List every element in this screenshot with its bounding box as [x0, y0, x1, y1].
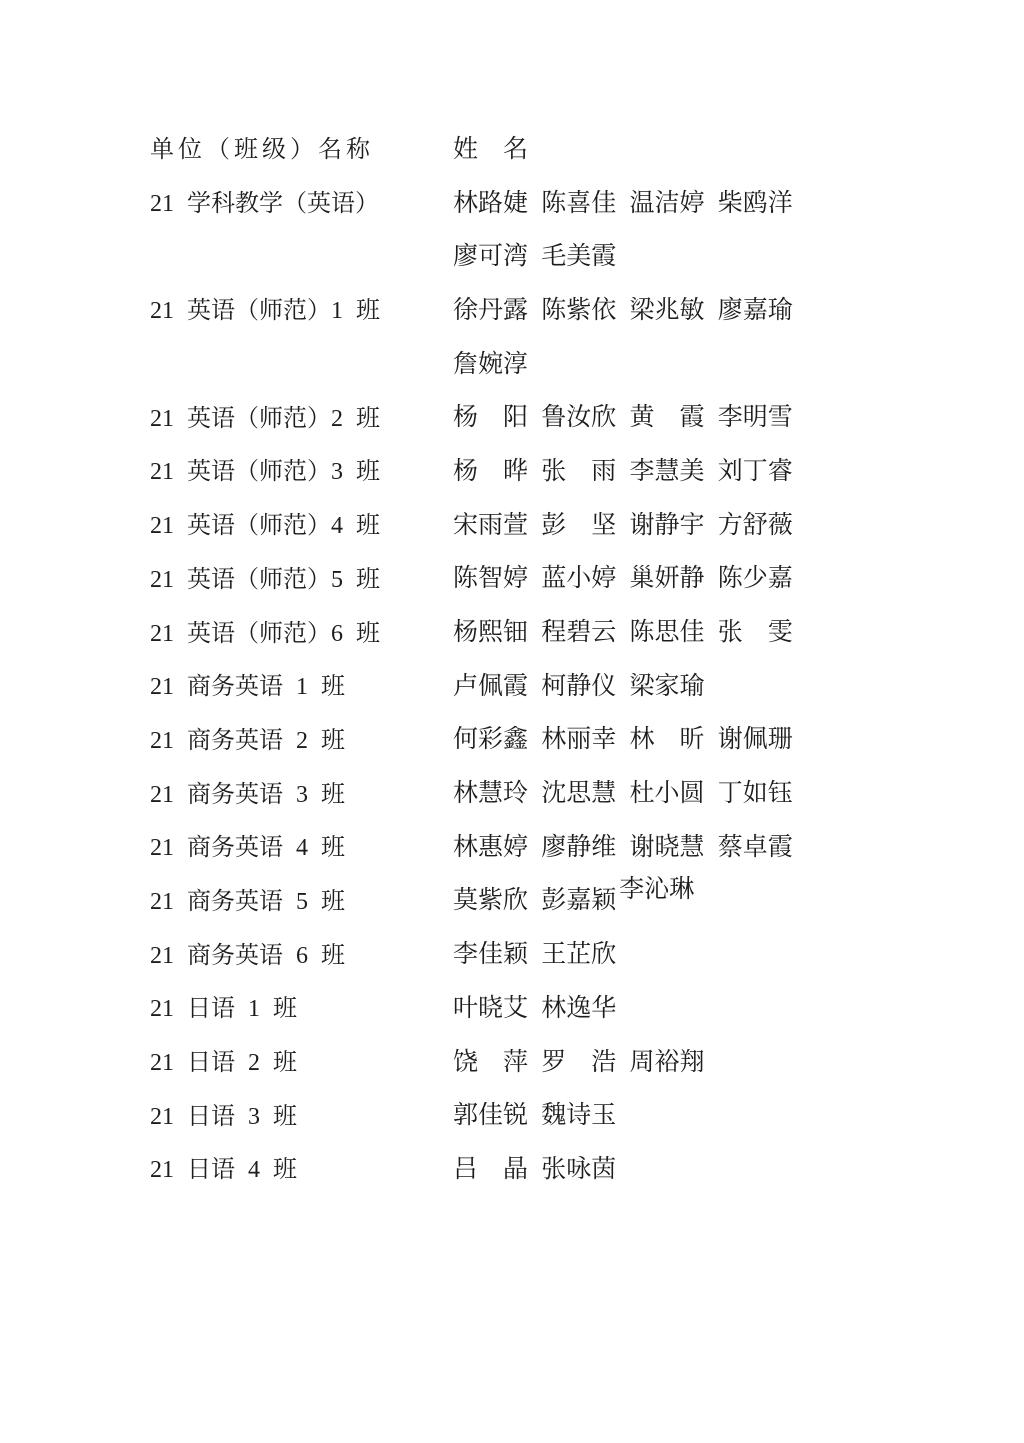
document-page: 单位（班级）名称 姓 名 21 学科教学（英语）林路婕 陈喜佳 温洁婷 柴鸥洋廖… — [0, 0, 1024, 1443]
names-cell: 杨 阳 鲁汝欣 黄 霞 李明雪 — [453, 397, 793, 433]
unit-cell: 21 英语（师范）6 班 — [150, 613, 453, 648]
table-row: 21 英语（师范）1 班徐丹露 陈紫依 梁兆敏 廖嘉瑜 — [150, 281, 793, 335]
names-text: 杨熙钿 程碧云 陈思佳 张 雯 — [453, 619, 793, 646]
unit-cell: 21 日语 1 班 — [150, 988, 453, 1023]
names-text: 莫紫欣 彭嘉颖 — [453, 887, 616, 914]
names-cell: 宋雨萱 彭 坚 谢静宇 方舒薇 — [453, 505, 793, 541]
names-cell: 杨熙钿 程碧云 陈思佳 张 雯 — [453, 612, 793, 648]
header-name-column: 姓 名 — [453, 129, 528, 165]
unit-cell: 21 商务英语 3 班 — [150, 774, 453, 809]
names-cell: 林慧玲 沈思慧 杜小圆 丁如钰 — [453, 773, 793, 809]
table-row: 21 英语（师范）6 班杨熙钿 程碧云 陈思佳 张 雯 — [150, 603, 793, 657]
names-cell: 叶晓艾 林逸华 — [453, 988, 616, 1024]
table-row: 21 商务英语 6 班李佳颖 王芷欣 — [150, 925, 793, 979]
table-row: 21 商务英语 1 班卢佩霞 柯静仪 梁家瑜 — [150, 657, 793, 711]
names-cell: 郭佳锐 魏诗玉 — [453, 1095, 616, 1131]
table-row: 21 英语（师范）4 班宋雨萱 彭 坚 谢静宇 方舒薇 — [150, 496, 793, 550]
unit-cell: 21 商务英语 5 班 — [150, 881, 453, 916]
table-row: 21 英语（师范）5 班陈智婷 蓝小婷 巢妍静 陈少嘉 — [150, 550, 793, 604]
unit-cell: 21 学科教学（英语） — [150, 183, 453, 218]
table-row: 詹婉淳 — [150, 335, 793, 389]
names-text: 林惠婷 廖静维 谢晓慧 蔡卓霞 — [453, 834, 793, 861]
unit-cell: 21 商务英语 6 班 — [150, 935, 453, 970]
names-text: 陈智婷 蓝小婷 巢妍静 陈少嘉 — [453, 565, 793, 592]
names-cell: 李佳颖 王芷欣 — [453, 934, 616, 970]
names-text: 廖可湾 毛美霞 — [453, 243, 616, 270]
table-row: 廖可湾 毛美霞 — [150, 227, 793, 281]
names-text: 郭佳锐 魏诗玉 — [453, 1102, 616, 1129]
names-text: 吕 晶 张咏茵 — [453, 1156, 616, 1183]
table-row: 21 英语（师范）2 班杨 阳 鲁汝欣 黄 霞 李明雪 — [150, 388, 793, 442]
names-cell: 卢佩霞 柯静仪 梁家瑜 — [453, 666, 705, 702]
unit-cell: 21 日语 2 班 — [150, 1042, 453, 1077]
unit-cell: 21 商务英语 1 班 — [150, 666, 453, 701]
table-row: 21 日语 4 班吕 晶 张咏茵 — [150, 1140, 793, 1194]
unit-cell: 21 英语（师范）3 班 — [150, 451, 453, 486]
unit-cell: 21 商务英语 4 班 — [150, 827, 453, 862]
table-row: 21 商务英语 2 班何彩鑫 林丽幸 林 昕 谢佩珊 — [150, 711, 793, 765]
names-cell: 莫紫欣 彭嘉颖李沁琳 — [453, 880, 694, 916]
names-cell: 詹婉淳 — [453, 344, 528, 380]
raised-name: 李沁琳 — [619, 876, 694, 903]
names-text: 詹婉淳 — [453, 351, 528, 378]
names-text: 宋雨萱 彭 坚 谢静宇 方舒薇 — [453, 512, 793, 539]
names-cell: 杨 晔 张 雨 李慧美 刘丁睿 — [453, 451, 793, 487]
table-row: 21 日语 2 班饶 萍 罗 浩 周裕翔 — [150, 1033, 793, 1087]
roster-table: 单位（班级）名称 姓 名 21 学科教学（英语）林路婕 陈喜佳 温洁婷 柴鸥洋廖… — [150, 120, 793, 1194]
unit-cell: 21 英语（师范）4 班 — [150, 505, 453, 540]
names-text: 叶晓艾 林逸华 — [453, 995, 616, 1022]
names-text: 饶 萍 罗 浩 周裕翔 — [453, 1049, 705, 1076]
unit-cell: 21 商务英语 2 班 — [150, 720, 453, 755]
names-text: 林路婕 陈喜佳 温洁婷 柴鸥洋 — [453, 190, 793, 217]
names-cell: 林路婕 陈喜佳 温洁婷 柴鸥洋 — [453, 183, 793, 219]
names-cell: 林惠婷 廖静维 谢晓慧 蔡卓霞 — [453, 827, 793, 863]
names-text: 李佳颖 王芷欣 — [453, 941, 616, 968]
unit-cell: 21 日语 3 班 — [150, 1096, 453, 1131]
names-text: 杨 晔 张 雨 李慧美 刘丁睿 — [453, 458, 793, 485]
names-text: 何彩鑫 林丽幸 林 昕 谢佩珊 — [453, 726, 793, 753]
table-row: 21 学科教学（英语）林路婕 陈喜佳 温洁婷 柴鸥洋 — [150, 174, 793, 228]
unit-cell: 21 英语（师范）2 班 — [150, 398, 453, 433]
table-row: 21 英语（师范）3 班杨 晔 张 雨 李慧美 刘丁睿 — [150, 442, 793, 496]
table-row: 21 日语 3 班郭佳锐 魏诗玉 — [150, 1086, 793, 1140]
unit-cell: 21 日语 4 班 — [150, 1149, 453, 1184]
names-text: 林慧玲 沈思慧 杜小圆 丁如钰 — [453, 780, 793, 807]
unit-cell: 21 英语（师范）5 班 — [150, 559, 453, 594]
table-header: 单位（班级）名称 姓 名 — [150, 120, 793, 174]
names-cell: 徐丹露 陈紫依 梁兆敏 廖嘉瑜 — [453, 290, 793, 326]
names-cell: 吕 晶 张咏茵 — [453, 1149, 616, 1185]
table-row: 21 商务英语 5 班莫紫欣 彭嘉颖李沁琳 — [150, 872, 793, 926]
names-cell: 陈智婷 蓝小婷 巢妍静 陈少嘉 — [453, 558, 793, 594]
unit-cell: 21 英语（师范）1 班 — [150, 290, 453, 325]
table-row: 21 日语 1 班叶晓艾 林逸华 — [150, 979, 793, 1033]
table-row: 21 商务英语 4 班林惠婷 廖静维 谢晓慧 蔡卓霞 — [150, 818, 793, 872]
header-unit-column: 单位（班级）名称 — [150, 129, 453, 164]
names-cell: 廖可湾 毛美霞 — [453, 236, 616, 272]
names-text: 徐丹露 陈紫依 梁兆敏 廖嘉瑜 — [453, 297, 793, 324]
table-row: 21 商务英语 3 班林慧玲 沈思慧 杜小圆 丁如钰 — [150, 764, 793, 818]
names-text: 卢佩霞 柯静仪 梁家瑜 — [453, 673, 705, 700]
names-cell: 何彩鑫 林丽幸 林 昕 谢佩珊 — [453, 719, 793, 755]
names-text: 杨 阳 鲁汝欣 黄 霞 李明雪 — [453, 404, 793, 431]
names-cell: 饶 萍 罗 浩 周裕翔 — [453, 1042, 705, 1078]
